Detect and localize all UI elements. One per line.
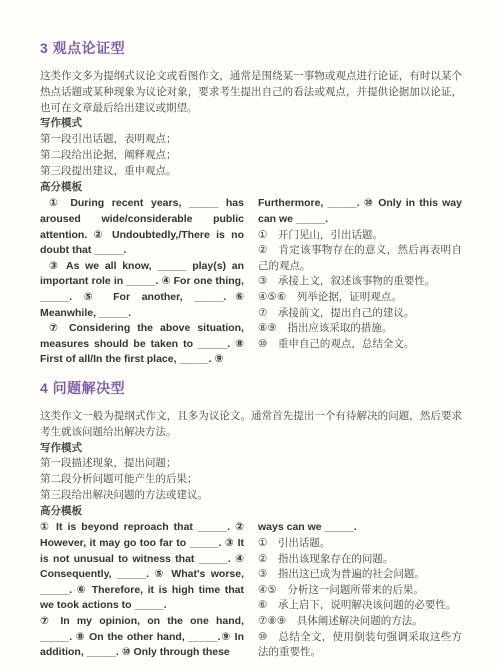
section-3-intro: 这类作文多为提纲式议论文或看图作文，通常是围绕某一事物或观点进行论证，有时以某个… <box>40 69 462 116</box>
template-paragraph-en: ① During recent years, _____ has aroused… <box>40 196 244 258</box>
mode-line-3: 第三段提出建议，重申观点。 <box>40 164 462 180</box>
note-line: ⑦ 承接前文，提出自己的建议。 <box>258 306 462 322</box>
section-viewpoint-argument: 3 观点论证型 这类作文多为提纲式议论文或看图作文，通常是围绕某一事物或观点进行… <box>40 38 462 368</box>
mode-line-2: 第二段分析问题可能产生的后果； <box>40 472 462 488</box>
note-line: ⑩ 重申自己的观点，总结全文。 <box>258 337 462 353</box>
note-line: ② 肯定该事物存在的意义，然后再表明自己的观点。 <box>258 243 462 274</box>
template-label: 高分模板 <box>40 504 462 520</box>
note-line: ④⑤ 分析这一问题所带来的后果。 <box>258 583 462 599</box>
section-4-intro: 这类作文一般为提纲式作文，且多为议论文。通常首先提出一个有待解决的问题，然后要求… <box>40 409 462 441</box>
template-columns: ① During recent years, _____ has aroused… <box>40 196 462 368</box>
template-paragraph-en-continued: ways can we _____. <box>258 520 462 536</box>
template-paragraph-en: ③ As we all know, _____ play(s) an impor… <box>40 259 244 321</box>
template-paragraph-en-continued: Furthermore, _____. ⑩ Only in this way c… <box>258 196 462 227</box>
section-4-heading: 4 问题解决型 <box>40 378 462 398</box>
mode-line-3: 第三段给出解决问题的方法或建议。 <box>40 488 462 504</box>
note-line: ① 开门见山，引出话题。 <box>258 228 462 244</box>
mode-line-1: 第一段描述现象，提出问题； <box>40 456 462 472</box>
writing-mode-label: 写作模式 <box>40 116 462 132</box>
template-left-column: ① During recent years, _____ has aroused… <box>40 196 244 368</box>
template-paragraph-en: ① It is beyond reproach that _____. ② Ho… <box>40 520 244 614</box>
note-line: ② 指出该现象存在的问题。 <box>258 552 462 568</box>
note-line: ④⑤⑥ 列举论据，证明观点。 <box>258 290 462 306</box>
note-line: ⑥ 承上启下，说明解决该问题的必要性。 <box>258 598 462 614</box>
template-left-column: ① It is beyond reproach that _____. ② Ho… <box>40 520 244 660</box>
note-line: ③ 指出这已成为普遍的社会问题。 <box>258 567 462 583</box>
mode-line-2: 第二段给出论据，阐释观点； <box>40 148 462 164</box>
note-line: ⑦⑧⑨ 具体阐述解决问题的方法。 <box>258 614 462 630</box>
section-problem-solving: 4 问题解决型 这类作文一般为提纲式作文，且多为议论文。通常首先提出一个有待解决… <box>40 378 462 661</box>
template-columns: ① It is beyond reproach that _____. ② Ho… <box>40 520 462 660</box>
note-line: ③ 承接上文，叙述该事物的重要性。 <box>258 274 462 290</box>
note-line: ① 引出话题。 <box>258 536 462 552</box>
mode-line-1: 第一段引出话题，表明观点； <box>40 132 462 148</box>
template-right-column: ways can we _____. ① 引出话题。 ② 指出该现象存在的问题。… <box>258 520 462 660</box>
note-line: ⑩ 总结全文，使用倒装句强调采取这些方法的重要性。 <box>258 630 462 661</box>
writing-mode-label: 写作模式 <box>40 441 462 457</box>
template-label: 高分模板 <box>40 180 462 196</box>
document-page: 3 观点论证型 这类作文多为提纲式议论文或看图作文，通常是围绕某一事物或观点进行… <box>0 0 500 666</box>
template-paragraph-en: ⑦ Considering the above situation, measu… <box>40 321 244 368</box>
template-paragraph-en: ⑦ In my opinion, on the one hand, _____.… <box>40 614 244 661</box>
template-right-column: Furthermore, _____. ⑩ Only in this way c… <box>258 196 462 368</box>
section-3-heading: 3 观点论证型 <box>40 38 462 58</box>
note-line: ⑧⑨ 指出应该采取的措施。 <box>258 321 462 337</box>
